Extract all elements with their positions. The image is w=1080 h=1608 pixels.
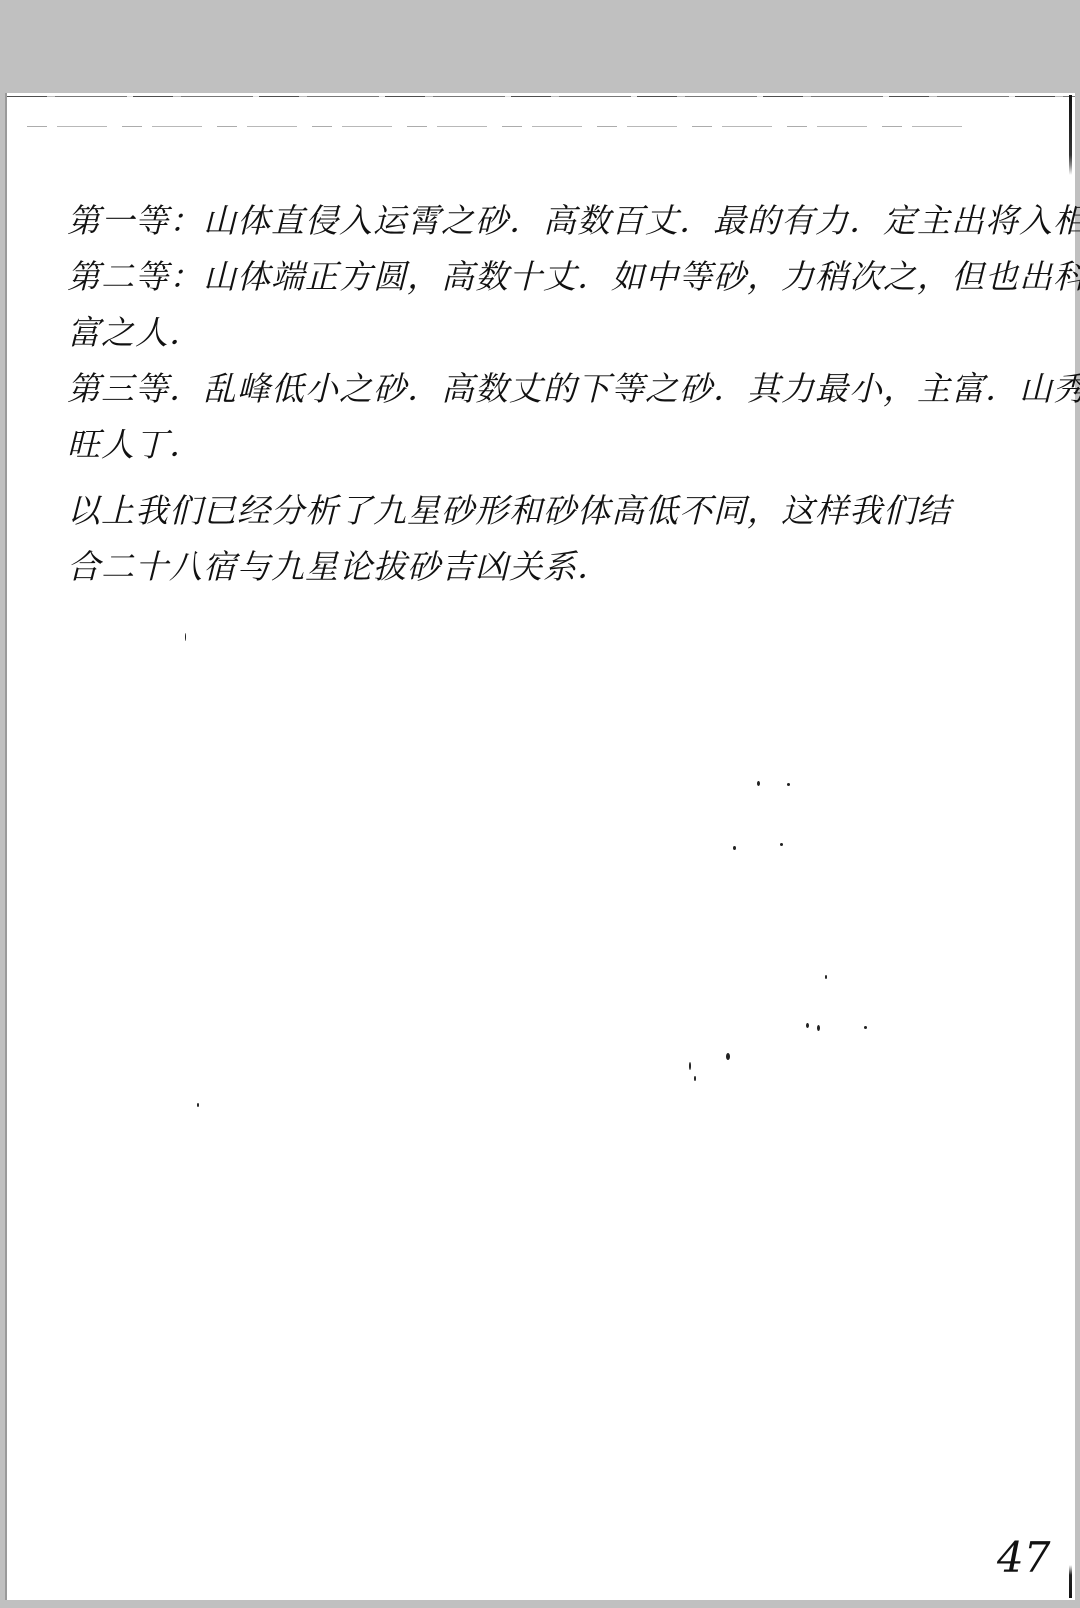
text-line-grade-two: 第二等：山体端正方圆，高数十丈．如中等砂，力稍次之，但也出科甲巨 <box>67 249 1007 305</box>
scan-speck <box>806 1023 809 1028</box>
scan-speck <box>733 846 736 850</box>
scan-speck <box>197 1103 199 1107</box>
text-line-grade-three: 第三等．乱峰低小之砂．高数丈的下等之砂．其力最小，主富．山秀 <box>67 361 1007 417</box>
scan-speck <box>864 1026 867 1029</box>
scan-speck <box>726 1053 730 1060</box>
scan-speck <box>689 1062 691 1070</box>
scan-speck <box>694 1076 696 1081</box>
scan-speck <box>757 781 760 786</box>
text-line-summary-cont: 合二十八宿与九星论拔砂吉凶关系． <box>67 539 1007 595</box>
scan-artifact-top-line <box>7 96 1075 97</box>
scan-speck <box>185 633 186 641</box>
text-line-grade-one: 第一等：山体直侵入运霄之砂．高数百丈．最的有力．定主出将入相之贵． <box>67 193 1007 249</box>
text-line-grade-two-cont: 富之人． <box>67 305 1007 361</box>
handwritten-text-body: 第一等：山体直侵入运霄之砂．高数百丈．最的有力．定主出将入相之贵． 第二等：山体… <box>67 193 1007 595</box>
text-line-summary: 以上我们已经分析了九星砂形和砂体高低不同，这样我们结 <box>67 483 1007 539</box>
scan-speck <box>780 843 783 846</box>
scan-speck <box>825 975 827 979</box>
scan-speck <box>817 1025 820 1031</box>
scan-artifact-right-edge <box>1069 95 1072 1598</box>
text-line-grade-three-cont: 旺人丁． <box>67 417 1007 473</box>
page-number: 47 <box>997 1533 1050 1582</box>
scan-artifact-header-line <box>27 126 977 127</box>
scan-speck <box>787 783 790 786</box>
scanned-page: 第一等：山体直侵入运霄之砂．高数百丈．最的有力．定主出将入相之贵． 第二等：山体… <box>5 93 1075 1600</box>
